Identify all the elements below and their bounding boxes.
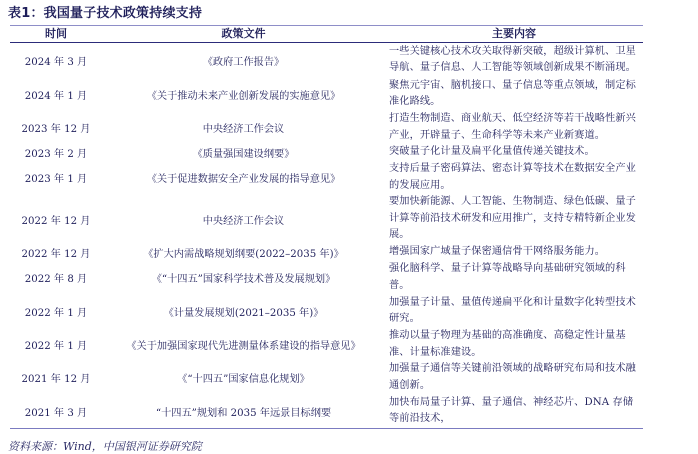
- content-cell: 打造生物制造、商业航天、低空经济等若干战略性新兴产业，开辟量子、生命科学等未来产…: [385, 111, 643, 144]
- table-row: 2022 年 8 月《“十四五”国家科学技术普及发展规划》强化脑科学、量子计算等…: [10, 261, 643, 294]
- content-cell: 增强国家广域量子保密通信骨干网络服务能力。: [385, 244, 643, 261]
- time-cell: 2024 年 3 月: [10, 53, 102, 68]
- content-cell: 一些关键核心技术攻关取得新突破，超级计算机、卫星导航、量子信息、人工智能等领域创…: [385, 44, 643, 77]
- document-cell: 《“十四五”国家科学技术普及发展规划》: [102, 270, 385, 285]
- time-cell: 2022 年 1 月: [10, 337, 102, 352]
- time-cell: 2024 年 1 月: [10, 87, 102, 102]
- table-row: 2021 年 3 月“十四五”规划和 2035 年远景目标纲要加快布局量子计算、…: [10, 394, 643, 428]
- time-cell: 2022 年 12 月: [10, 245, 102, 260]
- document-cell: 《扩大内需战略规划纲要(2022–2035 年)》: [102, 245, 385, 260]
- document-cell: 《关于加强国家现代先进测量体系建设的指导意见》: [102, 337, 385, 352]
- content-cell: 加强量子计量、量值传递扁平化和计量数字化转型技术研究。: [385, 295, 643, 328]
- time-cell: 2023 年 1 月: [10, 170, 102, 185]
- table-row: 2024 年 1 月《关于推动未来产业创新发展的实施意见》聚焦元宇宙、脑机接口、…: [10, 77, 643, 111]
- document-cell: “十四五”规划和 2035 年远景目标纲要: [102, 404, 385, 419]
- header-content: 主要内容: [385, 26, 643, 42]
- time-cell: 2022 年 12 月: [10, 212, 102, 227]
- content-cell: 要加快新能源、人工智能、生物制造、绿色低碳、量子计算等前沿技术研发和应用推广，支…: [385, 194, 643, 244]
- table-row: 2022 年 12 月中央经济工作会议要加快新能源、人工智能、生物制造、绿色低碳…: [10, 194, 643, 244]
- time-cell: 2022 年 1 月: [10, 304, 102, 319]
- content-cell: 强化脑科学、量子计算等战略导向基础研究领域的科普。: [385, 261, 643, 294]
- table-body: 2024 年 3 月《政府工作报告》一些关键核心技术攻关取得新突破，超级计算机、…: [10, 43, 643, 428]
- table-row: 2022 年 1 月《关于加强国家现代先进测量体系建设的指导意见》推动以量子物理…: [10, 328, 643, 361]
- table-header: 时间 政策文件 主要内容: [10, 26, 643, 43]
- time-cell: 2021 年 3 月: [10, 404, 102, 419]
- document-cell: 《关于促进数据安全产业发展的指导意见》: [102, 170, 385, 185]
- content-cell: 突破量子化计量及扁平化量值传递关键技术。: [385, 144, 643, 161]
- table-row: 2023 年 2 月《质量强国建设纲要》突破量子化计量及扁平化量值传递关键技术。: [10, 144, 643, 161]
- document-cell: 《“十四五”国家信息化规划》: [102, 370, 385, 385]
- policy-table: 时间 政策文件 主要内容 2024 年 3 月《政府工作报告》一些关键核心技术攻…: [10, 25, 643, 429]
- time-cell: 2021 年 12 月: [10, 370, 102, 385]
- content-cell: 支持后量子密码算法、密态计算等技术在数据安全产业的发展应用。: [385, 161, 643, 194]
- table-row: 2022 年 12 月《扩大内需战略规划纲要(2022–2035 年)》增强国家…: [10, 244, 643, 261]
- source-note: 资料来源：Wind，中国银河证券研究院: [8, 438, 202, 454]
- document-cell: 中央经济工作会议: [102, 120, 385, 135]
- table-row: 2022 年 1 月《计量发展规划(2021–2035 年)》加强量子计量、量值…: [10, 294, 643, 328]
- content-cell: 推动以量子物理为基础的高准确度、高稳定性计量基准、计量标准建设。: [385, 328, 643, 361]
- time-cell: 2022 年 8 月: [10, 270, 102, 285]
- content-cell: 聚焦元宇宙、脑机接口、量子信息等重点领域，制定标准化路线。: [385, 78, 643, 111]
- table-row: 2023 年 1 月《关于促进数据安全产业发展的指导意见》支持后量子密码算法、密…: [10, 161, 643, 194]
- document-cell: 《关于推动未来产业创新发展的实施意见》: [102, 87, 385, 102]
- time-cell: 2023 年 12 月: [10, 120, 102, 135]
- table-title: 表1：我国量子技术政策持续支持: [8, 2, 202, 21]
- table-row: 2023 年 12 月中央经济工作会议打造生物制造、商业航天、低空经济等若干战略…: [10, 111, 643, 144]
- content-cell: 加强量子通信等关键前沿领域的战略研究布局和技术融通创新。: [385, 361, 643, 394]
- content-cell: 加快布局量子计算、量子通信、神经芯片、DNA 存储等前沿技术，: [385, 395, 643, 428]
- document-cell: 《政府工作报告》: [102, 53, 385, 68]
- document-cell: 《质量强国建设纲要》: [102, 145, 385, 160]
- table-row: 2021 年 12 月《“十四五”国家信息化规划》加强量子通信等关键前沿领域的战…: [10, 361, 643, 394]
- header-document: 政策文件: [102, 26, 385, 42]
- header-time: 时间: [10, 26, 102, 42]
- document-cell: 中央经济工作会议: [102, 212, 385, 227]
- table-row: 2024 年 3 月《政府工作报告》一些关键核心技术攻关取得新突破，超级计算机、…: [10, 43, 643, 77]
- time-cell: 2023 年 2 月: [10, 145, 102, 160]
- document-cell: 《计量发展规划(2021–2035 年)》: [102, 304, 385, 319]
